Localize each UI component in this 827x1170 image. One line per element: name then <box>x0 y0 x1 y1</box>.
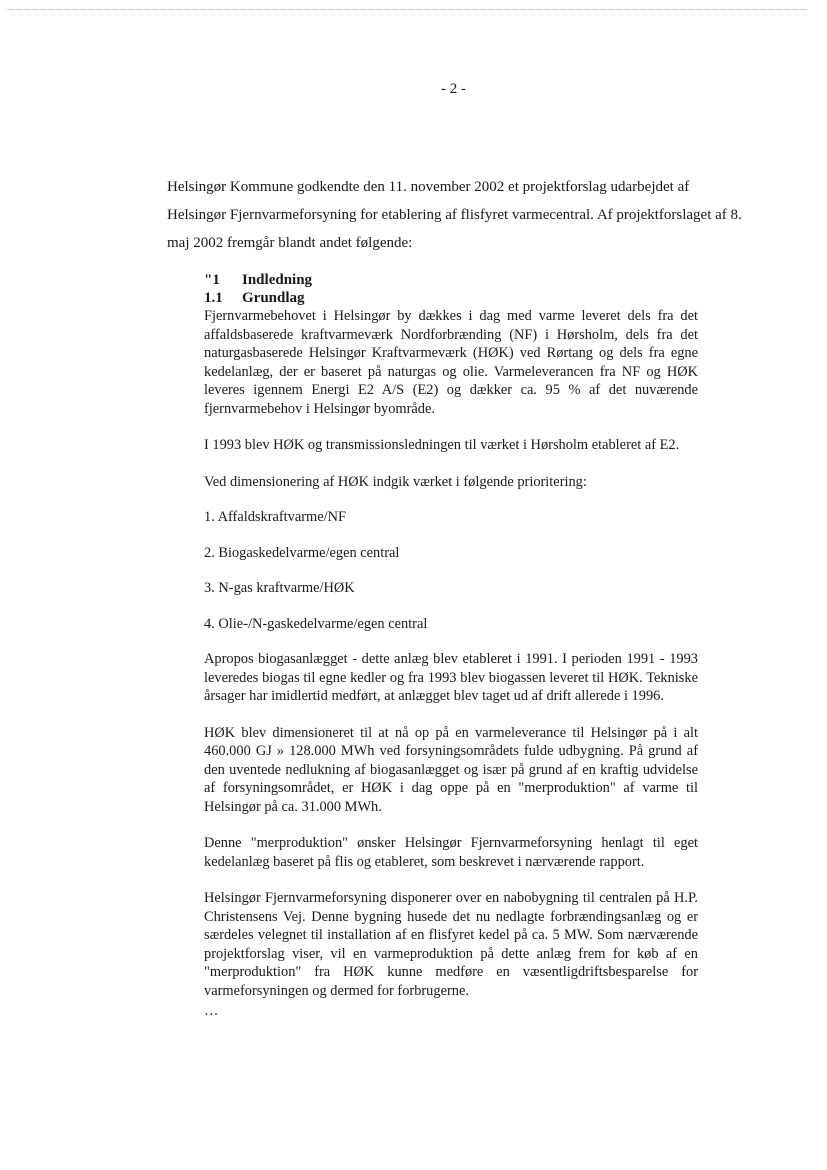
list-item: 2. Biogaskedelvarme/egen central <box>204 544 698 563</box>
priority-list: 1. Affaldskraftvarme/NF 2. Biogaskedelva… <box>204 508 698 633</box>
quoted-excerpt: "1 Indledning 1.1 Grundlag Fjernvarmebeh… <box>204 271 698 1039</box>
section-heading-1-1: 1.1 Grundlag <box>204 289 698 307</box>
section-number: 1.1 <box>204 289 242 307</box>
ellipsis: … <box>204 1002 698 1021</box>
list-item: 3. N-gas kraftvarme/HØK <box>204 579 698 598</box>
section-title: Indledning <box>242 271 312 289</box>
paragraph-dimensionering: HØK blev dimensioneret til at nå op på e… <box>204 724 698 817</box>
paragraph-prioritering: Ved dimensionering af HØK indgik værket … <box>204 473 698 492</box>
paragraph-grundlag: Fjernvarmebehovet i Helsingør by dækkes … <box>204 307 698 418</box>
section-title: Grundlag <box>242 289 305 307</box>
paragraph-merproduktion: Denne "merproduktion" ønsker Helsingør F… <box>204 834 698 871</box>
paragraph-nabobygning: Helsingør Fjernvarmeforsyning disponerer… <box>204 889 698 1000</box>
list-item: 1. Affaldskraftvarme/NF <box>204 508 698 527</box>
intro-paragraph: Helsingør Kommune godkendte den 11. nove… <box>167 173 747 257</box>
section-heading-1: "1 Indledning <box>204 271 698 289</box>
scan-edge-artifact <box>6 9 807 10</box>
page-number: - 2 - <box>0 81 827 98</box>
paragraph-biogas: Apropos biogasanlægget - dette anlæg ble… <box>204 650 698 706</box>
paragraph-1993: I 1993 blev HØK og transmissionsledninge… <box>204 436 698 455</box>
section-number: "1 <box>204 271 242 289</box>
list-item: 4. Olie-/N-gaskedelvarme/egen central <box>204 615 698 634</box>
